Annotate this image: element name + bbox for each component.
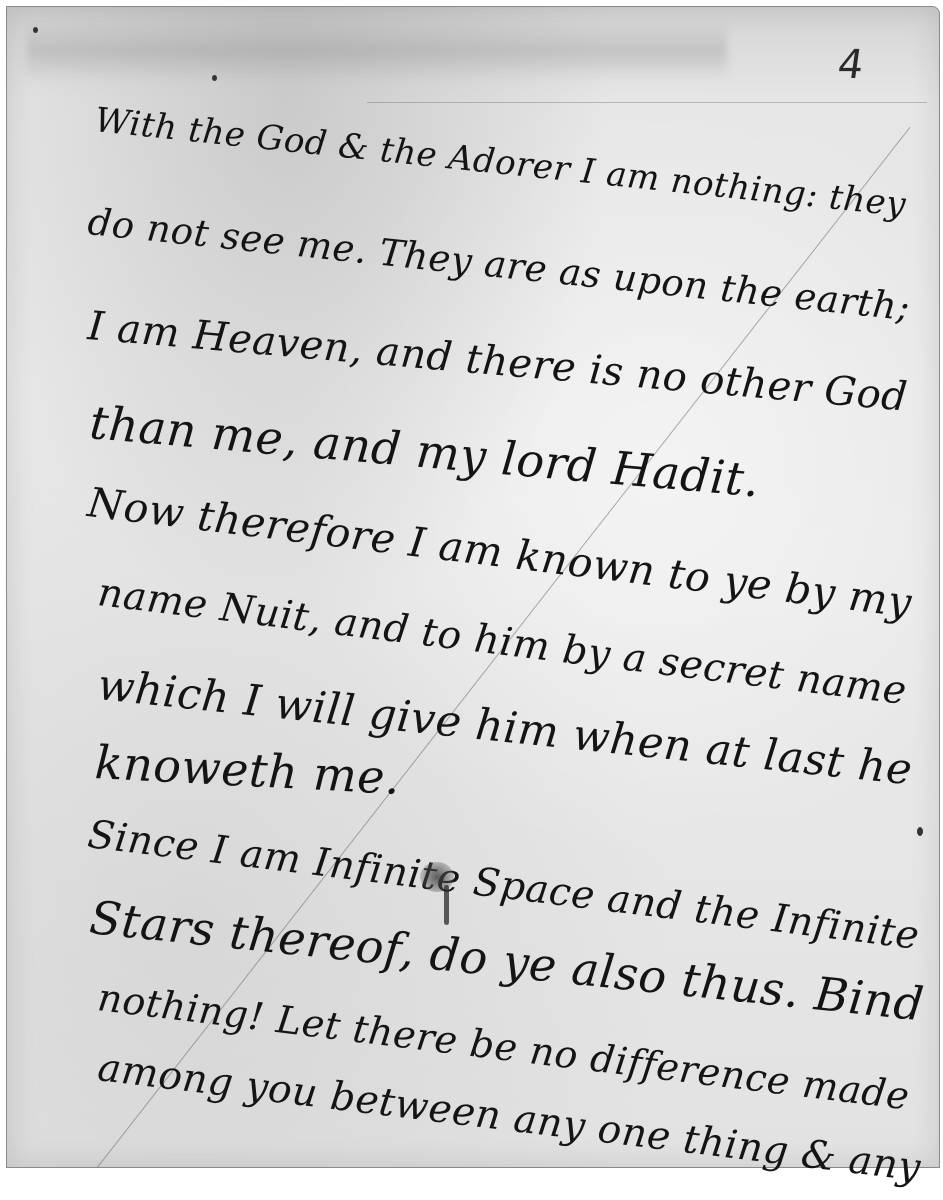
ink-speck — [212, 75, 217, 81]
paper-crumple — [27, 21, 727, 81]
ink-speck — [33, 27, 38, 33]
ink-drip — [444, 885, 449, 925]
ink-speck — [917, 827, 923, 836]
ruled-line — [367, 102, 927, 103]
